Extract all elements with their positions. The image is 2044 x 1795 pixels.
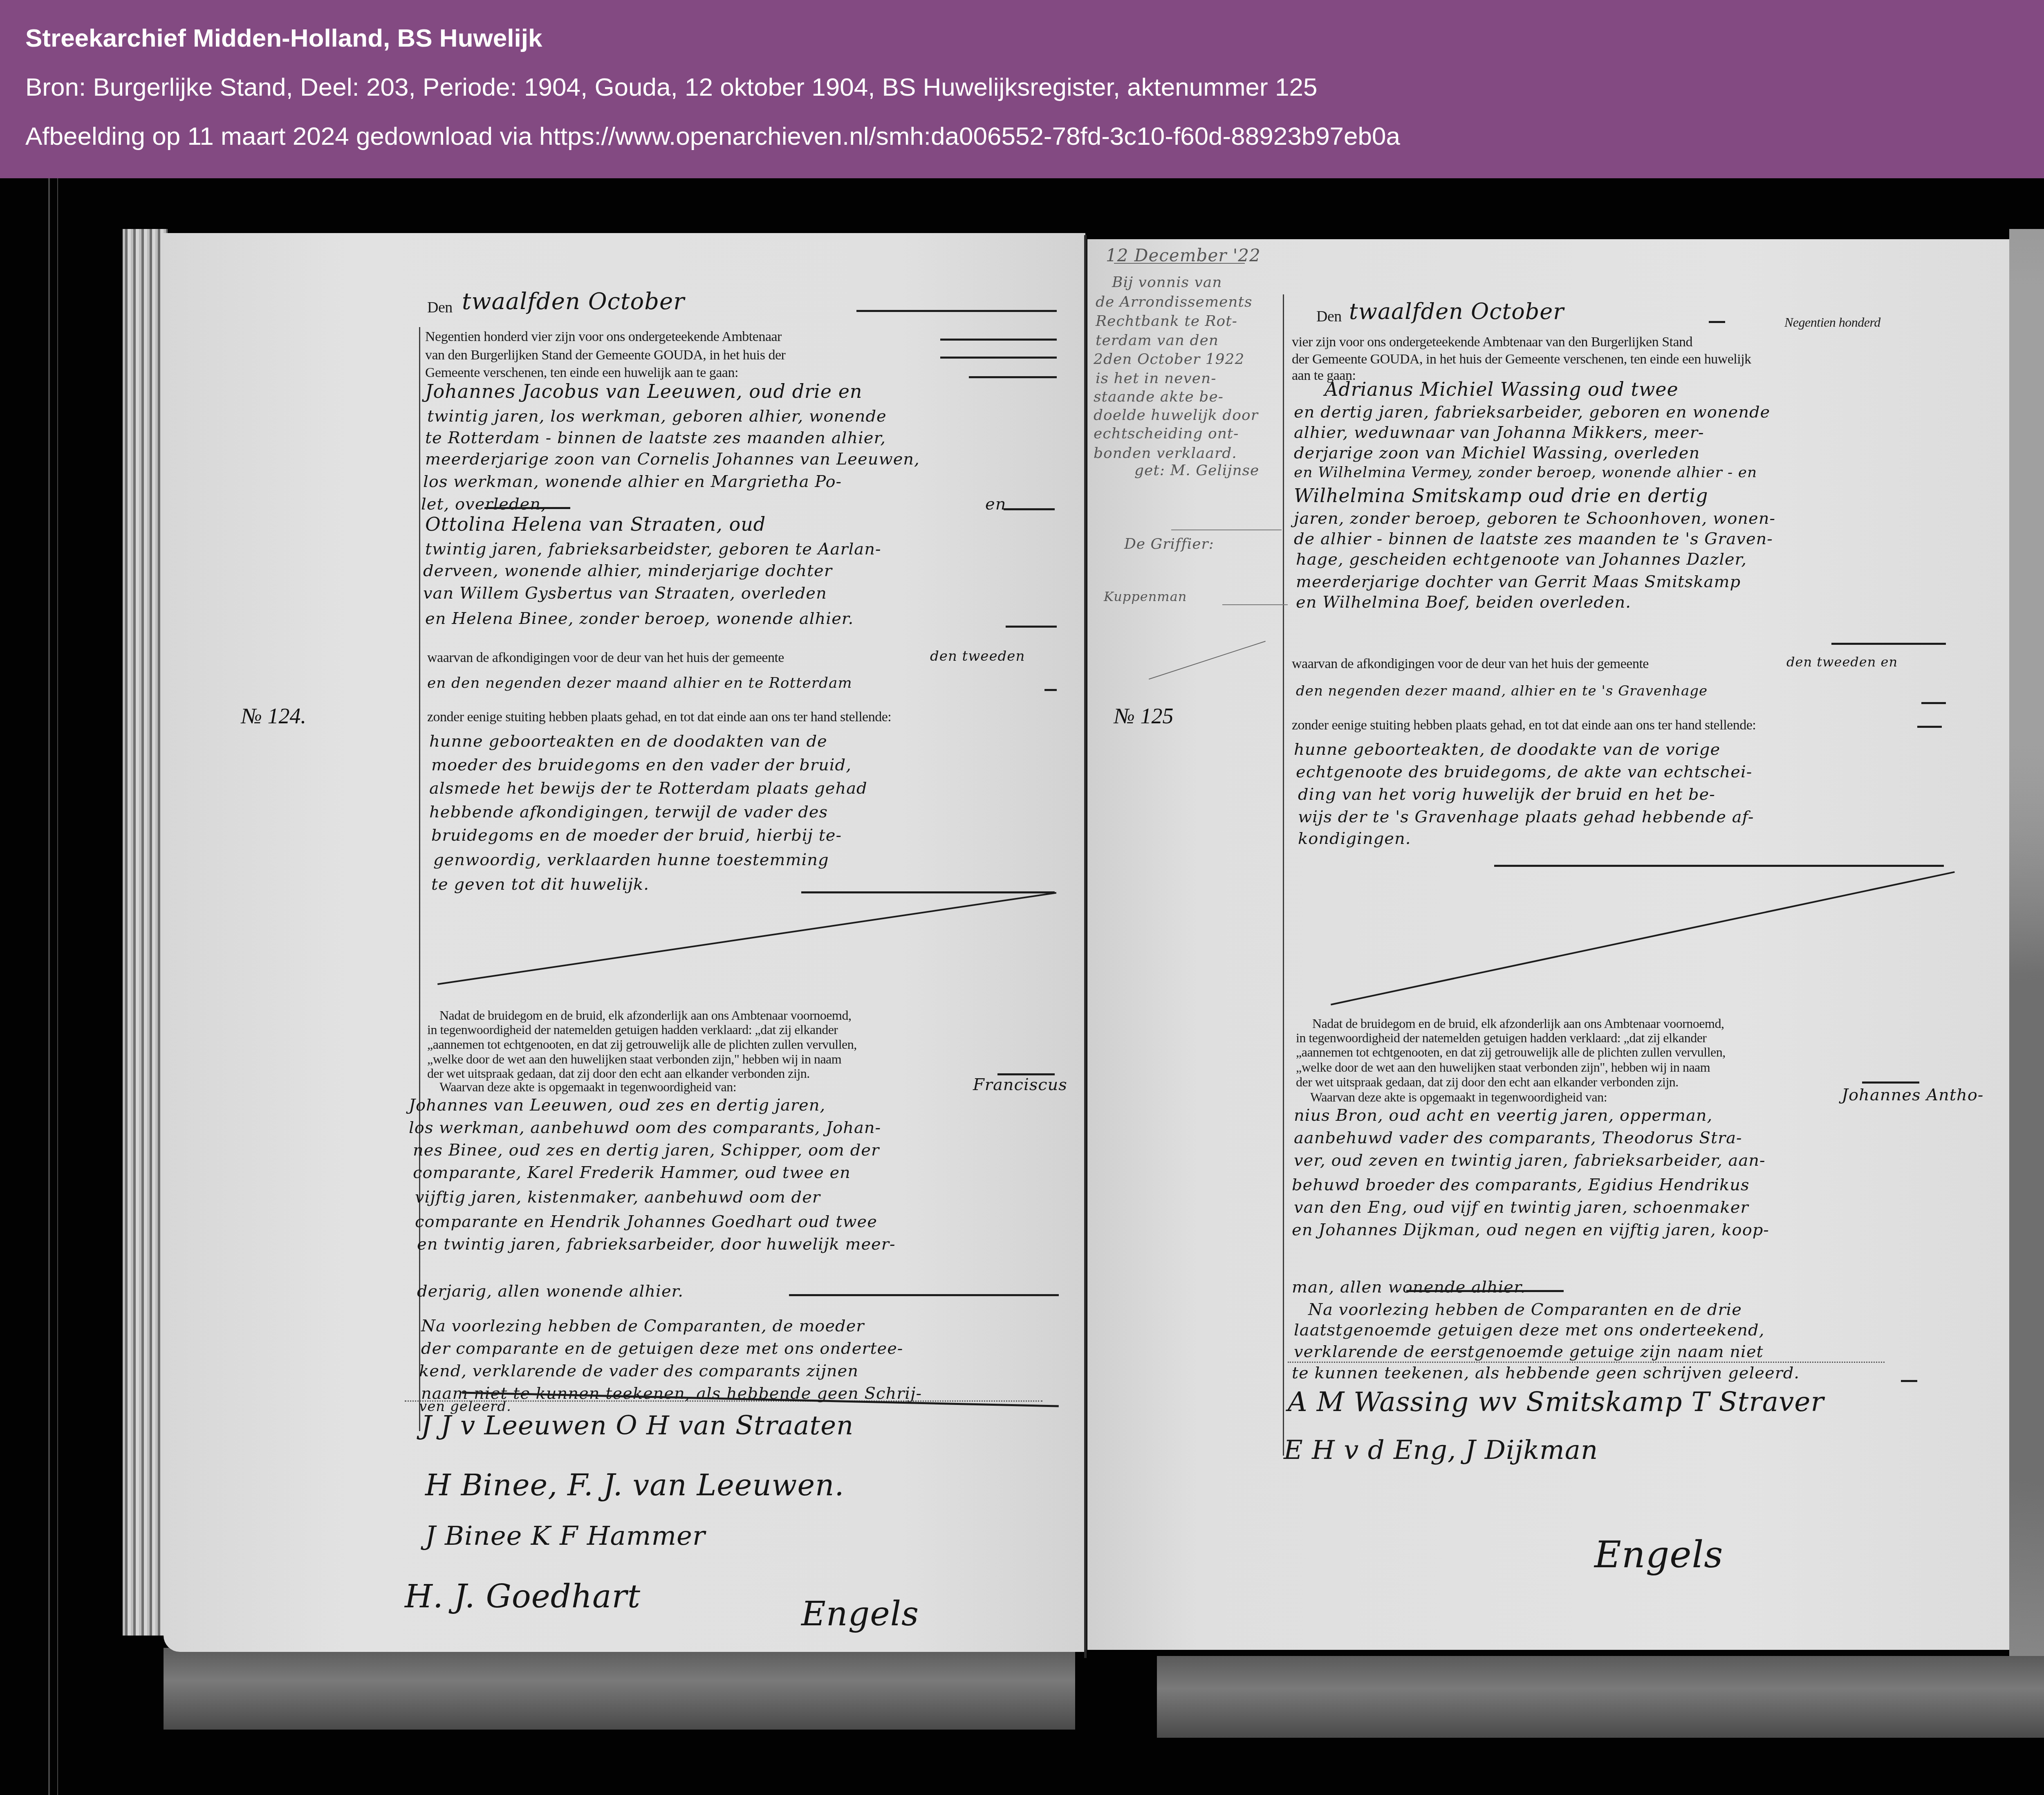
closing-line: laatstgenoemde getuigen deze met ons ond… (1294, 1321, 1764, 1340)
act-number: № 124. (241, 703, 306, 729)
witness-line: en twintig jaren, fabrieksarbeider, door… (417, 1235, 895, 1254)
and-word: en (985, 495, 1006, 514)
date-prefix: Den (1316, 307, 1342, 325)
margin-note-line: is het in neven- (1096, 370, 1216, 387)
no-objection-print: zonder eenige stuiting hebben plaats geh… (427, 709, 891, 725)
fill-line (856, 310, 1057, 312)
bride-line: twintig jaren, fabrieksarbeidster, gebor… (425, 540, 881, 559)
fill-line (1709, 321, 1725, 323)
fill-line (1862, 1081, 1919, 1084)
fill-line (1171, 530, 1282, 530)
book-gutter (1084, 235, 1087, 1658)
banns-hand: en den negenden dezer maand alhier en te… (427, 675, 852, 691)
witness-line: en Johannes Dijkman, oud negen en vijfti… (1292, 1221, 1769, 1239)
bride-line: en Helena Binee, zonder beroep, wonende … (425, 609, 854, 628)
margin-rule (1283, 294, 1284, 1456)
fill-line (1004, 508, 1055, 510)
fill-line (1044, 689, 1057, 691)
fill-line (1901, 1380, 1917, 1382)
margin-note-clerk-signature: Kuppenman (1104, 589, 1187, 604)
groom-line: meerderjarige zoon van Cornelis Johannes… (425, 450, 920, 469)
documents-line: alsmede het bewijs der te Rotterdam plaa… (429, 779, 867, 798)
margin-note-line: Bij vonnis van (1112, 274, 1222, 291)
banns-print: waarvan de afkondigingen voor de deur va… (427, 650, 784, 666)
date-handwritten: twaalfden October (1349, 298, 1564, 324)
registrar-signature: Engels (801, 1595, 919, 1633)
fill-line (484, 507, 570, 509)
fill-line (940, 339, 1057, 341)
fill-line (940, 357, 1057, 359)
witness-line: van den Eng, oud vijf en twintig jaren, … (1294, 1198, 1749, 1217)
margin-rule (419, 327, 420, 1431)
documents-line: hunne geboorteakten, de doodakte van de … (1294, 740, 1720, 759)
intro-line: Gemeente verschenen, ten einde een huwel… (425, 365, 738, 381)
margin-note-signed: get: M. Gelijnse (1134, 462, 1259, 479)
intro-line: van den Burgerlijken Stand der Gemeente … (425, 348, 785, 363)
dotted-rule (1288, 1362, 1885, 1363)
fill-line (969, 376, 1057, 378)
margin-note-line: terdam van den (1096, 332, 1219, 349)
no-objection-print: zonder eenige stuiting hebben plaats geh… (1292, 718, 1756, 733)
documents-line: hebbende afkondigingen, terwijl de vader… (429, 803, 828, 821)
bride-line: derveen, wonende alhier, minderjarige do… (423, 561, 832, 580)
documents-line: bruidegoms en de moeder der bruid, hierb… (431, 826, 842, 845)
fill-line (1006, 626, 1057, 628)
signature: E H v d Eng, J Dijkman (1284, 1435, 1598, 1465)
book-page-edges (123, 229, 168, 1636)
banner-download-link[interactable]: Afbeelding op 11 maart 2024 gedownload v… (25, 122, 1400, 151)
banner-source: Bron: Burgerlijke Stand, Deel: 203, Peri… (25, 73, 1317, 102)
declaration-line: „welke door de wet aan den huwelijken st… (1296, 1060, 1710, 1075)
fill-line (1494, 865, 1944, 867)
documents-line: moeder des bruidegoms en den vader der b… (431, 756, 852, 774)
declaration-line: der wet uitspraak gedaan, dat zij door d… (427, 1066, 810, 1081)
declaration-line: „welke door de wet aan den huwelijken st… (427, 1052, 841, 1067)
dotted-rule (405, 1400, 1042, 1402)
bride-line: de alhier - binnen de laatste zes maande… (1294, 530, 1773, 548)
declaration-line: „aannemen tot echtgenooten, en dat zij g… (427, 1037, 857, 1052)
book-cover-edge (2009, 229, 2044, 1660)
documents-line: te geven tot dit huwelijk. (431, 875, 649, 894)
fill-line (1831, 643, 1946, 645)
bride-line: van Willem Gysbertus van Straaten, overl… (423, 584, 827, 603)
bride-line: en Wilhelmina Boef, beiden overleden. (1296, 593, 1631, 612)
film-edge-line (57, 178, 58, 1795)
margin-note-clerk-title: De Griffier: (1124, 536, 1214, 552)
witness-line: Johannes Antho- (1842, 1086, 1983, 1104)
signature: H. J. Goedhart (405, 1578, 641, 1615)
groom-line: en Wilhelmina Vermey, zonder beroep, won… (1294, 464, 1757, 481)
bride-line: Wilhelmina Smitskamp oud drie en dertig (1294, 485, 1708, 507)
witness-line: behuwd broeder des comparants, Egidius H… (1292, 1176, 1749, 1194)
documents-line: hunne geboorteakten en de doodakten van … (429, 732, 827, 751)
act-number: № 125 (1114, 703, 1173, 729)
banns-print: waarvan de afkondigingen voor de deur va… (1292, 656, 1649, 672)
groom-line: los werkman, wonende alhier en Margrieth… (423, 472, 842, 491)
fill-line (801, 891, 1055, 893)
witness-line: Franciscus (973, 1075, 1067, 1094)
closing-line: verklarende de eerstgenoemde getuige zij… (1294, 1342, 1764, 1361)
witness-print: Waarvan deze akte is opgemaakt in tegenw… (439, 1079, 736, 1095)
declaration-line: Nadat de bruidegom en de bruid, elk afzo… (1312, 1016, 1724, 1031)
book-bottom-edge (1157, 1656, 2044, 1738)
closing-line: kend, verklarende de vader des comparant… (419, 1362, 858, 1380)
groom-line: te Rotterdam - binnen de laatste zes maa… (425, 429, 886, 447)
witness-line: comparante, Karel Frederik Hammer, oud t… (413, 1163, 851, 1182)
signature: J J v Leeuwen O H van Straaten (421, 1411, 854, 1441)
date-prefix: Den (427, 298, 453, 316)
witness-line: los werkman, aanbehuwd oom des comparant… (409, 1118, 881, 1137)
date-handwritten: twaalfden October (462, 288, 685, 315)
declaration-line: in tegenwoordigheid der natemelden getui… (427, 1022, 838, 1037)
documents-line: kondigingen. (1298, 829, 1411, 848)
intro-line: der Gemeente GOUDA, in het huis der Geme… (1292, 352, 1751, 367)
fill-line (1921, 702, 1946, 704)
bride-line: meerderjarige dochter van Gerrit Maas Sm… (1296, 572, 1741, 591)
closing-line: der comparante en de getuigen deze met o… (421, 1339, 903, 1358)
fill-line (1406, 1290, 1564, 1292)
documents-line: echtgenoote des bruidegoms, de akte van … (1296, 763, 1752, 781)
witness-line: nes Binee, oud zes en dertig jaren, Schi… (413, 1141, 879, 1160)
witness-line: derjarig, allen wonende alhier. (417, 1282, 684, 1301)
witness-line: aanbehuwd vader des comparants, Theodoru… (1294, 1129, 1742, 1147)
signature: H Binee, F. J. van Leeuwen. (425, 1468, 844, 1502)
margin-note-line: 2den October 1922 (1094, 351, 1244, 368)
signature: A M Wassing wv Smitskamp T Straver (1288, 1386, 1824, 1418)
fill-line (1917, 726, 1942, 728)
closing-line: Na voorlezing hebben de Comparanten, de … (421, 1317, 864, 1335)
date-suffix: Negentien honderd (1784, 315, 1880, 330)
groom-line: derjarige zoon van Michiel Wassing, over… (1294, 444, 1700, 462)
intro-line: Negentien honderd vier zijn voor ons ond… (425, 329, 782, 345)
intro-line: vier zijn voor ons ondergeteekende Ambte… (1292, 334, 1692, 350)
groom-line: Adrianus Michiel Wassing oud twee (1325, 378, 1679, 400)
fill-line (1222, 604, 1288, 605)
groom-line: let, overleden, (421, 495, 547, 514)
witness-line: nius Bron, oud acht en veertig jaren, op… (1294, 1106, 1712, 1125)
banns-hand: den tweeden (930, 648, 1025, 664)
documents-line: genwoordig, verklaarden hunne toestemmin… (433, 850, 829, 869)
groom-line: alhier, weduwnaar van Johanna Mikkers, m… (1294, 423, 1704, 442)
margin-note-line: echtscheiding ont- (1094, 425, 1239, 442)
declaration-line: der wet uitspraak gedaan, dat zij door d… (1296, 1075, 1679, 1090)
witness-line: ver, oud zeven en twintig jaren, fabriek… (1294, 1151, 1766, 1170)
bride-line: Ottolina Helena van Straaten, oud (425, 513, 766, 535)
witness-print: Waarvan deze akte is opgemaakt in tegenw… (1310, 1090, 1607, 1105)
declaration-line: in tegenwoordigheid der natemelden getui… (1296, 1030, 1707, 1046)
documents-line: ding van het vorig huwelijk der bruid en… (1298, 785, 1715, 804)
fill-line (1114, 263, 1245, 264)
bride-line: jaren, zonder beroep, geboren te Schoonh… (1294, 509, 1775, 528)
film-edge-line (48, 178, 50, 1795)
margin-note-line: Rechtbank te Rot- (1096, 313, 1237, 330)
registrar-signature: Engels (1594, 1533, 1724, 1576)
documents-line: wijs der te 's Gravenhage plaats gehad h… (1298, 808, 1754, 826)
signature: J Binee K F Hammer (425, 1521, 706, 1551)
archive-banner: Streekarchief Midden-Holland, BS Huwelij… (0, 0, 2044, 178)
groom-line: twintig jaren, los werkman, geboren alhi… (427, 407, 887, 426)
book-bottom-edge (164, 1648, 1075, 1730)
banner-title: Streekarchief Midden-Holland, BS Huwelij… (25, 24, 542, 53)
groom-line: Johannes Jacobus van Leeuwen, oud drie e… (425, 380, 863, 402)
bride-line: hage, gescheiden echtgenoote van Johanne… (1296, 550, 1747, 569)
margin-note-line: de Arrondissements (1096, 294, 1252, 310)
closing-line: te kunnen teekenen, als hebbende geen sc… (1292, 1364, 1800, 1382)
margin-note-line: doelde huwelijk door (1094, 407, 1258, 424)
fill-line (789, 1294, 1059, 1296)
witness-line: comparante en Hendrik Johannes Goedhart … (415, 1212, 877, 1231)
declaration-line: Nadat de bruidegom en de bruid, elk afzo… (439, 1008, 851, 1023)
witness-line: Johannes van Leeuwen, oud zes en dertig … (409, 1096, 825, 1115)
margin-note-line: bonden verklaard. (1094, 445, 1237, 462)
declaration-line: „aannemen tot echtgenooten, en dat zij g… (1296, 1045, 1726, 1060)
margin-note-date: 12 December '22 (1106, 245, 1261, 265)
witness-line: man, allen wonende alhier. (1292, 1278, 1526, 1297)
banns-hand: den negenden dezer maand, alhier en te '… (1296, 683, 1708, 699)
witness-line: vijftig jaren, kistenmaker, aanbehuwd oo… (415, 1188, 820, 1207)
banns-hand: den tweeden en (1786, 654, 1898, 670)
groom-line: en dertig jaren, fabrieksarbeider, gebor… (1294, 403, 1770, 422)
closing-line: Na voorlezing hebben de Comparanten en d… (1308, 1300, 1742, 1319)
margin-note-line: staande akte be- (1094, 388, 1224, 405)
